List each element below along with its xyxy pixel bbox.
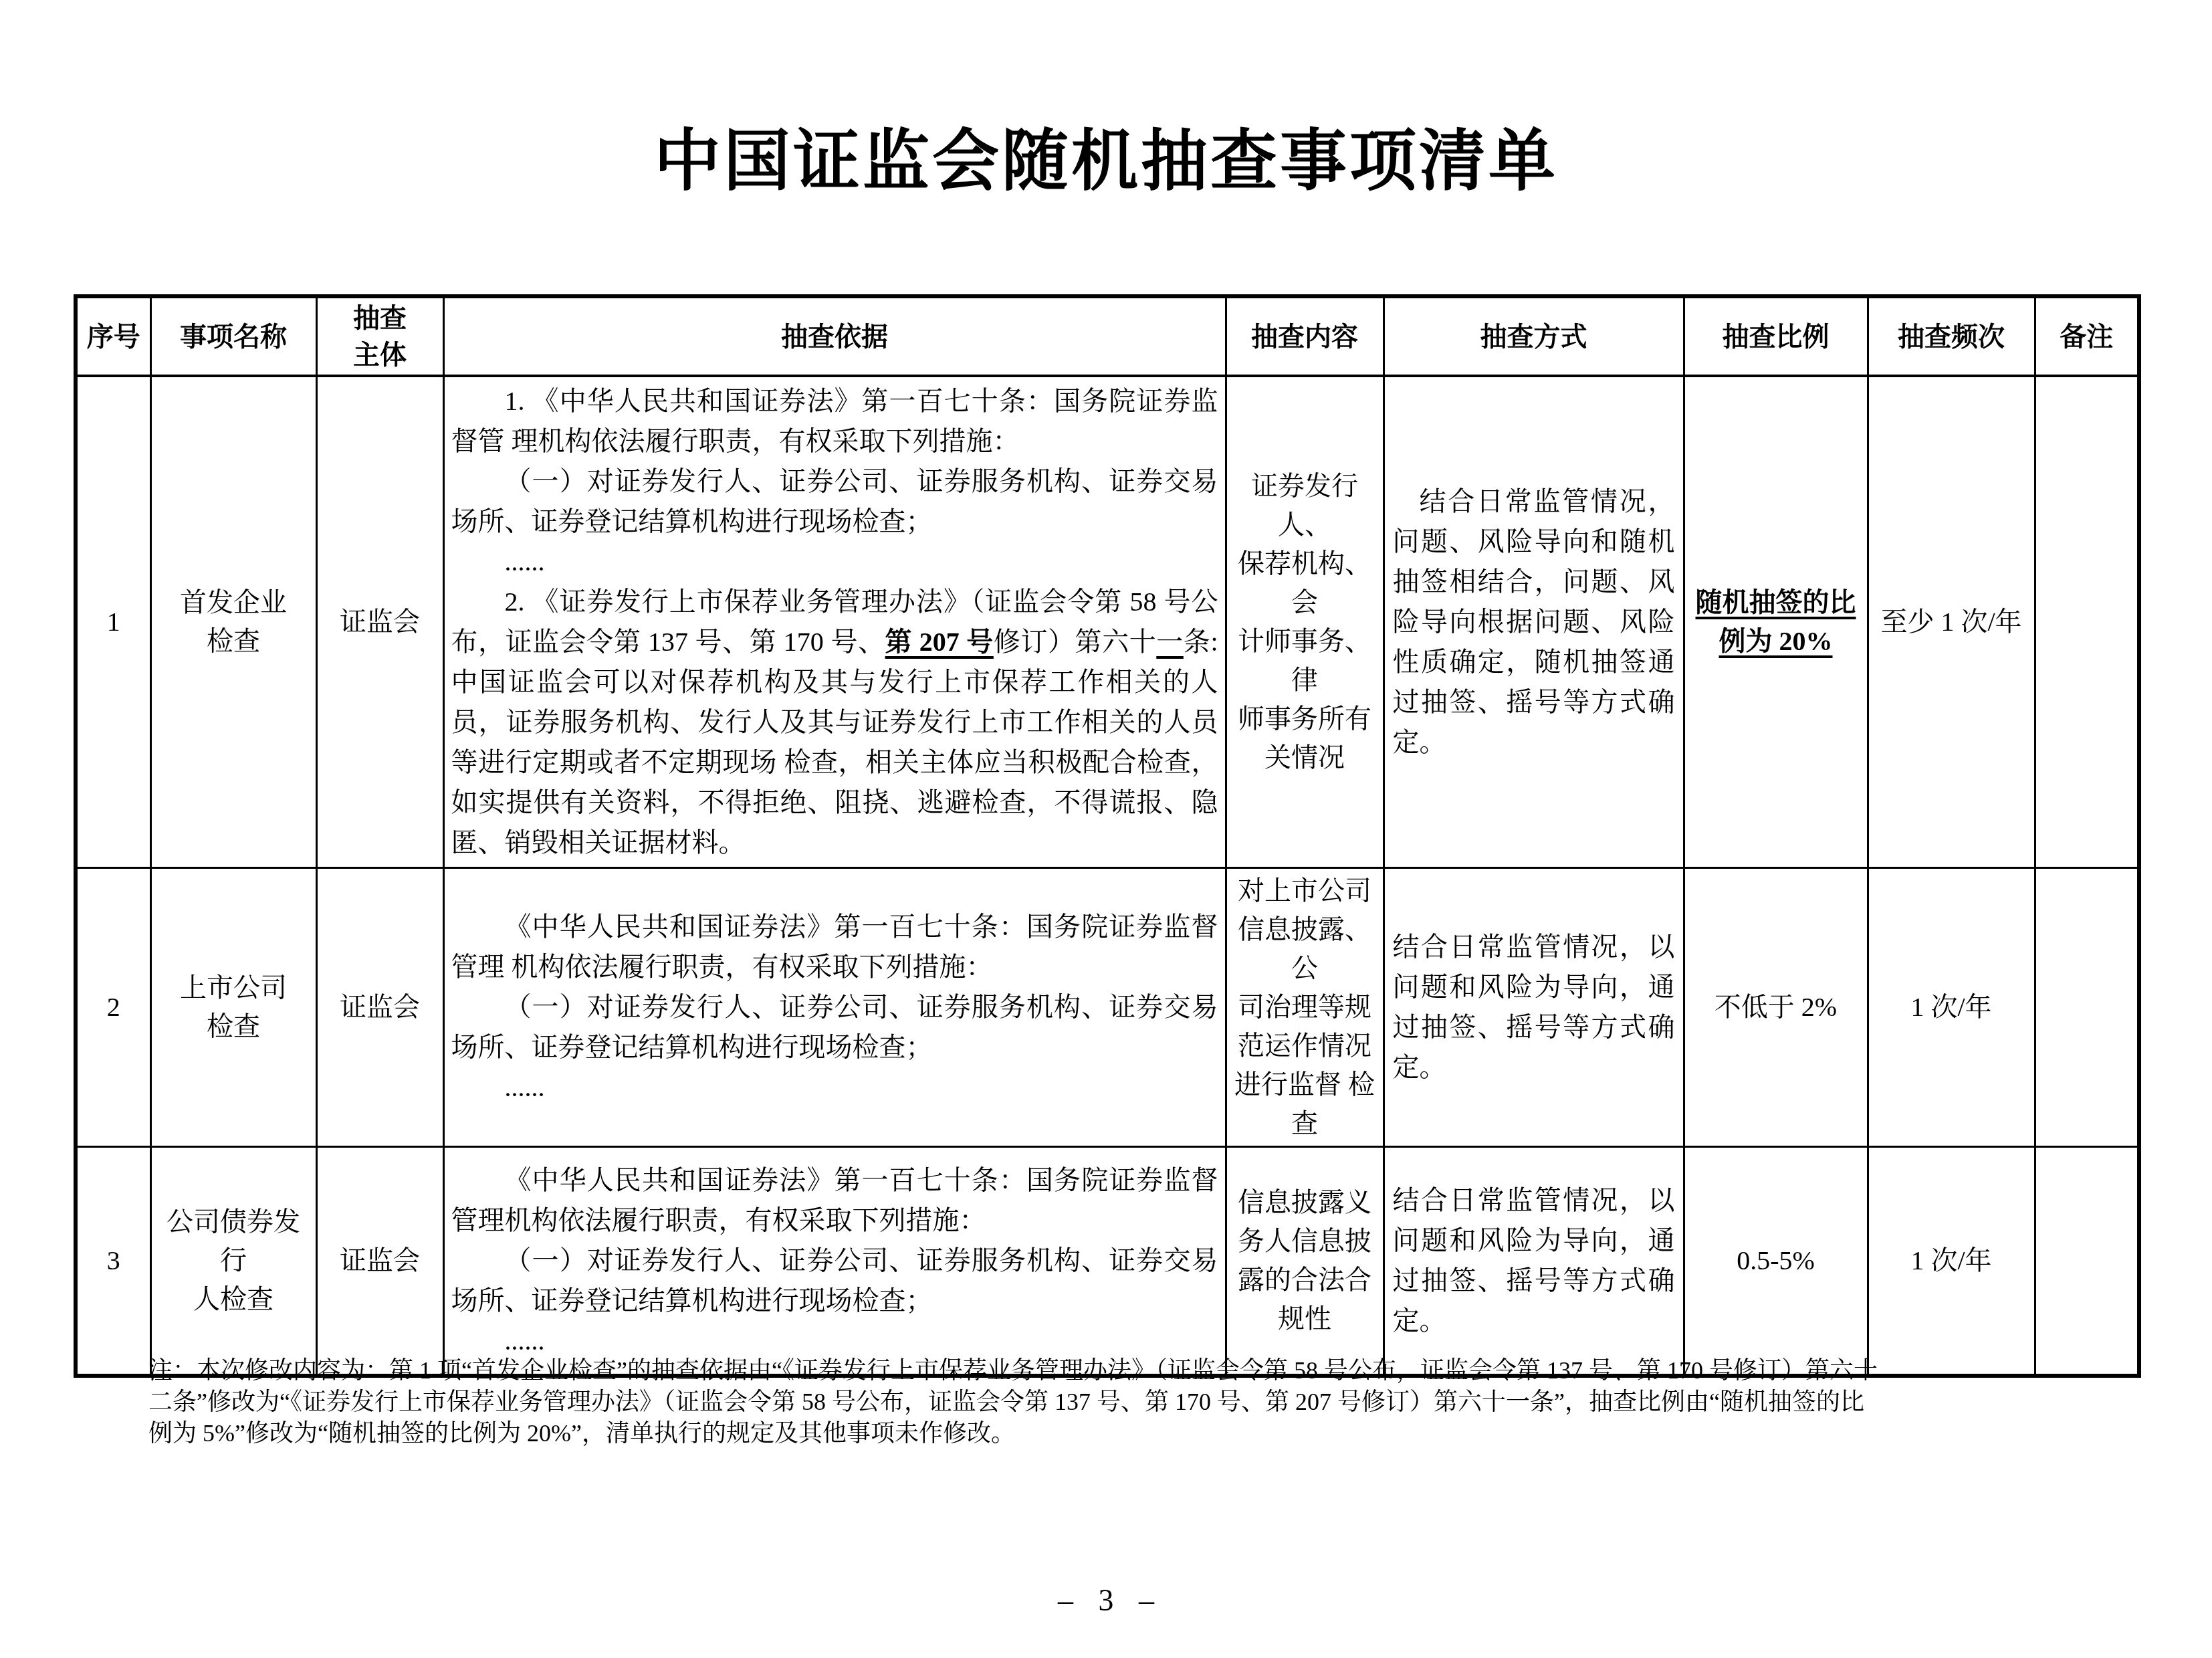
document-page: 中国证监会随机抽查事项清单 序号 事项名称 抽查 主体 抽查依据 抽查内容 抽查… (0, 0, 2212, 1658)
cell-ratio: 随机抽签的比 例为 20% (1684, 376, 1868, 868)
basis-paragraph: 2. 《证券发行上市保荐业务管理办法》（证监会令第 58 号公布，证监会令第 1… (451, 582, 1218, 863)
table-row: 2上市公司 检查证监会《中华人民共和国证券法》第一百七十条：国务院证券监督管理 … (76, 868, 2139, 1147)
footnote: 注：本次修改内容为：第 1 项“首发企业检查”的抽查依据由“《证券发行上市保荐业… (148, 1355, 2068, 1449)
column-header-content: 抽查内容 (1226, 296, 1384, 376)
basis-text-segment: 修订）第六十 (994, 627, 1156, 657)
page-title: 中国证监会随机抽查事项清单 (0, 122, 2212, 202)
table-header: 序号 事项名称 抽查 主体 抽查依据 抽查内容 抽查方式 抽查比例 抽查频次 备… (76, 296, 2139, 376)
cell-basis: 《中华人民共和国证券法》第一百七十条：国务院证券监督管理 机构依法履行职责，有权… (443, 868, 1226, 1147)
cell-remark (2035, 1147, 2139, 1376)
basis-paragraph: （一）对证券发行人、证券公司、证券服务机构、证券交易场所、证券登记结算机构进行现… (451, 461, 1218, 542)
basis-text-segment: ...... (505, 546, 545, 577)
basis-paragraph: 《中华人民共和国证券法》第一百七十条：国务院证券监督管理机构依法履行职责，有权采… (451, 1160, 1218, 1241)
column-header-basis: 抽查依据 (443, 296, 1226, 376)
table-body: 1首发企业 检查证监会1. 《中华人民共和国证券法》第一百七十条：国务院证券监督… (76, 376, 2139, 1376)
basis-text-segment: 条:中国证监会可以对保荐机构及其与发行上市保荐工作相关的人员，证券服务机构、发行… (451, 627, 1218, 857)
basis-text-segment: （一）对证券发行人、证券公司、证券服务机构、证券交易场所、证券登记结算机构进行现… (451, 466, 1218, 536)
basis-text-segment: 1. 《中华人民共和国证券法》第一百七十条：国务院证券监督管 理机构依法履行职责… (451, 386, 1218, 456)
cell-frequency: 至少 1 次/年 (1868, 376, 2035, 868)
column-header-subject: 抽查 主体 (316, 296, 443, 376)
cell-content: 信息披露义 务人信息披 露的合法合 规性 (1226, 1147, 1384, 1376)
cell-method: 结合日常监管情况，以问题和风险为导向，通过抽签、摇号等方式确定。 (1384, 868, 1684, 1147)
cell-no: 3 (76, 1147, 150, 1376)
column-header-remark: 备注 (2035, 296, 2139, 376)
basis-text-segment: 《中华人民共和国证券法》第一百七十条：国务院证券监督管理机构依法履行职责，有权采… (451, 1165, 1218, 1235)
cell-ratio: 0.5-5% (1684, 1147, 1868, 1376)
table-row: 1首发企业 检查证监会1. 《中华人民共和国证券法》第一百七十条：国务院证券监督… (76, 376, 2139, 868)
method-paragraph: 结合日常监管情况，以问题和风险为导向，通过抽签、摇号等方式确定。 (1393, 1180, 1675, 1341)
basis-paragraph: 1. 《中华人民共和国证券法》第一百七十条：国务院证券监督管 理机构依法履行职责… (451, 381, 1218, 461)
method-paragraph: 结合日常监管情况，以问题和风险为导向，通过抽签、摇号等方式确定。 (1393, 927, 1675, 1087)
column-header-method: 抽查方式 (1384, 296, 1684, 376)
cell-method: 结合日常监管情况，问题、风险导向和随机抽签相结合，问题、风险导向根据问题、风险性… (1384, 376, 1684, 868)
cell-item-name: 首发企业 检查 (150, 376, 316, 868)
cell-ratio: 不低于 2% (1684, 868, 1868, 1147)
cell-subject: 证监会 (316, 868, 443, 1147)
basis-paragraph: （一）对证券发行人、证券公司、证券服务机构、证券交易场所、证券登记结算机构进行现… (451, 987, 1218, 1067)
cell-frequency: 1 次/年 (1868, 1147, 2035, 1376)
cell-item-name: 上市公司 检查 (150, 868, 316, 1147)
basis-text-segment: （一）对证券发行人、证券公司、证券服务机构、证券交易场所、证券登记结算机构进行现… (451, 1245, 1218, 1316)
basis-text-segment: ...... (505, 1072, 545, 1102)
page-number: – 3 – (0, 1582, 2212, 1618)
basis-text-segment: （一）对证券发行人、证券公司、证券服务机构、证券交易场所、证券登记结算机构进行现… (451, 992, 1218, 1062)
basis-text-segment: ...... (505, 1326, 545, 1356)
cell-no: 1 (76, 376, 150, 868)
method-paragraph: 结合日常监管情况，问题、风险导向和随机抽签相结合，问题、风险导向根据问题、风险性… (1393, 482, 1675, 762)
cell-method: 结合日常监管情况，以问题和风险为导向，通过抽签、摇号等方式确定。 (1384, 1147, 1684, 1376)
inspection-table: 序号 事项名称 抽查 主体 抽查依据 抽查内容 抽查方式 抽查比例 抽查频次 备… (74, 294, 2141, 1378)
column-header-no: 序号 (76, 296, 150, 376)
column-header-item-name: 事项名称 (150, 296, 316, 376)
ratio-text: 0.5-5% (1737, 1245, 1815, 1275)
basis-text-segment: 《中华人民共和国证券法》第一百七十条：国务院证券监督管理 机构依法履行职责，有权… (451, 912, 1218, 982)
basis-paragraph: （一）对证券发行人、证券公司、证券服务机构、证券交易场所、证券登记结算机构进行现… (451, 1241, 1218, 1321)
cell-remark (2035, 868, 2139, 1147)
cell-subject: 证监会 (316, 1147, 443, 1376)
cell-no: 2 (76, 868, 150, 1147)
cell-content: 证券发行人、 保荐机构、会 计师事务、律 师事务所有 关情况 (1226, 376, 1384, 868)
cell-basis: 1. 《中华人民共和国证券法》第一百七十条：国务院证券监督管 理机构依法履行职责… (443, 376, 1226, 868)
basis-paragraph: 《中华人民共和国证券法》第一百七十条：国务院证券监督管理 机构依法履行职责，有权… (451, 907, 1218, 987)
ratio-text: 不低于 2% (1715, 992, 1837, 1022)
column-header-ratio: 抽查比例 (1684, 296, 1868, 376)
basis-paragraph: ...... (451, 542, 1218, 582)
cell-basis: 《中华人民共和国证券法》第一百七十条：国务院证券监督管理机构依法履行职责，有权采… (443, 1147, 1226, 1376)
header-row: 序号 事项名称 抽查 主体 抽查依据 抽查内容 抽查方式 抽查比例 抽查频次 备… (76, 296, 2139, 376)
cell-item-name: 公司债券发行 人检查 (150, 1147, 316, 1376)
basis-text-segment: 一 (1156, 627, 1184, 657)
cell-content: 对上市公司 信息披露、公 司治理等规 范运作情况 进行监督 检 查 (1226, 868, 1384, 1147)
basis-paragraph: ...... (451, 1067, 1218, 1108)
cell-remark (2035, 376, 2139, 868)
basis-text-segment: 第 207 号 (885, 627, 994, 657)
cell-frequency: 1 次/年 (1868, 868, 2035, 1147)
cell-subject: 证监会 (316, 376, 443, 868)
column-header-frequency: 抽查频次 (1868, 296, 2035, 376)
ratio-text: 随机抽签的比 例为 20% (1696, 587, 1856, 656)
table-row: 3公司债券发行 人检查证监会《中华人民共和国证券法》第一百七十条：国务院证券监督… (76, 1147, 2139, 1376)
